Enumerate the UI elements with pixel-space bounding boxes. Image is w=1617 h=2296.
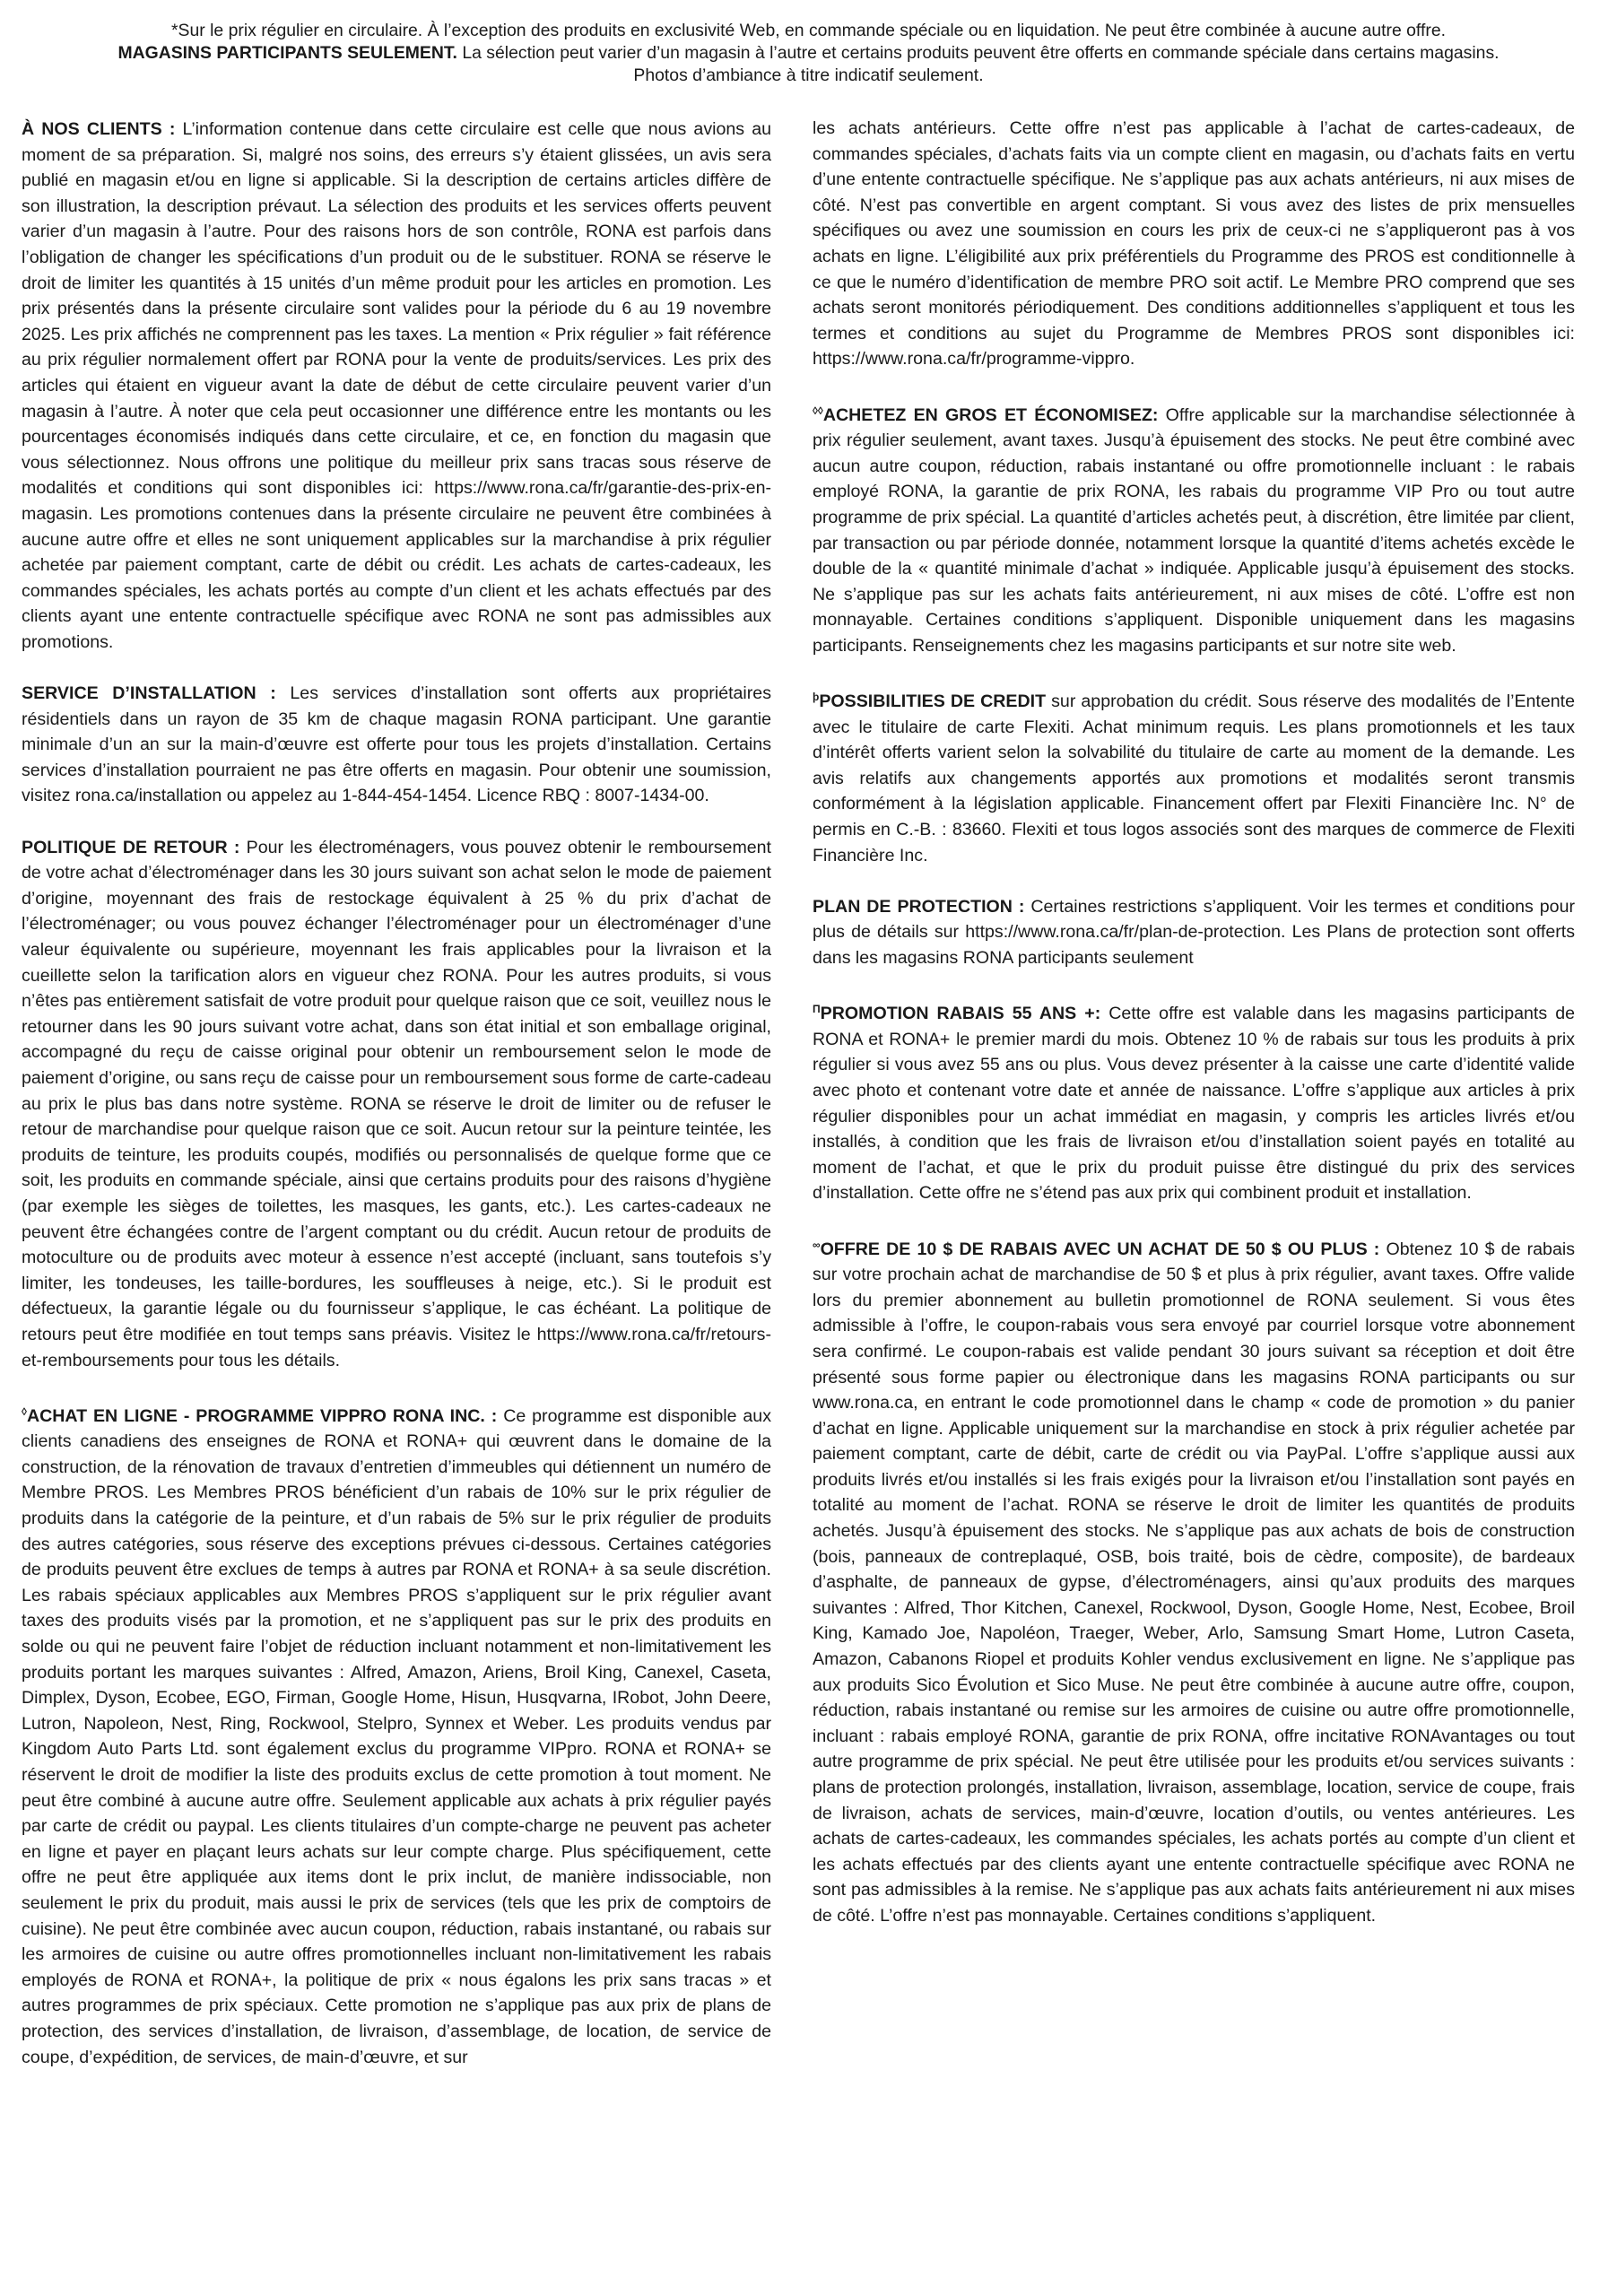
section-10-dollar-offer: ∞OFFRE DE 10 $ DE RABAIS AVEC UN ACHAT D… xyxy=(813,1232,1575,1929)
section-title: OFFRE DE 10 $ DE RABAIS AVEC UN ACHAT DE… xyxy=(821,1239,1380,1259)
pi-footnote-icon: Π xyxy=(813,1003,821,1015)
section-55-plus: ΠPROMOTION RABAIS 55 ANS +: Cette offre … xyxy=(813,996,1575,1206)
section-protection-plan: PLAN DE PROTECTION : Certaines restricti… xyxy=(813,894,1575,971)
header-line-2: MAGASINS PARTICIPANTS SEULEMENT. La séle… xyxy=(0,42,1617,65)
double-diamond-footnote-icon: ◊◊ xyxy=(813,404,823,417)
right-column: les achats antérieurs. Cette offre n’est… xyxy=(813,116,1575,1954)
section-credit: þPOSSIBILITIES DE CREDIT sur approbation… xyxy=(813,684,1575,868)
header-line-1: *Sur le prix régulier en circulaire. À l… xyxy=(0,20,1617,42)
section-clients: À NOS CLIENTS : L’information contenue d… xyxy=(22,117,771,655)
section-body: Cette offre est valable dans les magasin… xyxy=(813,1004,1575,1203)
section-title: À NOS CLIENTS : xyxy=(22,119,175,139)
infinity-footnote-icon: ∞ xyxy=(813,1239,821,1251)
section-installation: SERVICE D’INSTALLATION : Les services d’… xyxy=(22,681,771,809)
section-vippro-continued: les achats antérieurs. Cette offre n’est… xyxy=(813,116,1575,372)
section-body: Pour les électroménagers, vous pouvez ob… xyxy=(22,838,771,1370)
section-body: Ce programme est disponible aux clients … xyxy=(22,1406,771,2067)
section-title: SERVICE D’INSTALLATION : xyxy=(22,683,276,703)
section-title: POLITIQUE DE RETOUR : xyxy=(22,838,239,857)
section-title: PROMOTION RABAIS 55 ANS +: xyxy=(821,1004,1101,1023)
section-body: les achats antérieurs. Cette offre n’est… xyxy=(813,118,1575,369)
participating-stores-label: MAGASINS PARTICIPANTS SEULEMENT. xyxy=(117,43,457,63)
section-body: sur approbation du crédit. Sous réserve … xyxy=(813,691,1575,865)
section-body: Offre applicable sur la marchandise séle… xyxy=(813,405,1575,656)
section-title: POSSIBILITIES DE CREDIT xyxy=(819,691,1046,711)
section-body: Obtenez 10 $ de rabais sur votre prochai… xyxy=(813,1239,1575,1926)
section-title: ACHETEZ EN GROS ET ÉCONOMISEZ: xyxy=(823,405,1159,425)
section-bulk-buy: ◊◊ACHETEZ EN GROS ET ÉCONOMISEZ: Offre a… xyxy=(813,398,1575,659)
section-body: L’information contenue dans cette circul… xyxy=(22,119,771,652)
disclaimer-header: *Sur le prix régulier en circulaire. À l… xyxy=(0,20,1617,87)
section-title: PLAN DE PROTECTION : xyxy=(813,897,1024,917)
left-column: À NOS CLIENTS : L’information contenue d… xyxy=(22,117,771,2096)
section-vippro: ◊ACHAT EN LIGNE - PROGRAMME VIPPRO RONA … xyxy=(22,1399,771,2070)
section-return-policy: POLITIQUE DE RETOUR : Pour les électromé… xyxy=(22,835,771,1373)
section-title: ACHAT EN LIGNE - PROGRAMME VIPPRO RONA I… xyxy=(27,1406,497,1426)
header-line-3: Photos d’ambiance à titre indicatif seul… xyxy=(0,65,1617,87)
